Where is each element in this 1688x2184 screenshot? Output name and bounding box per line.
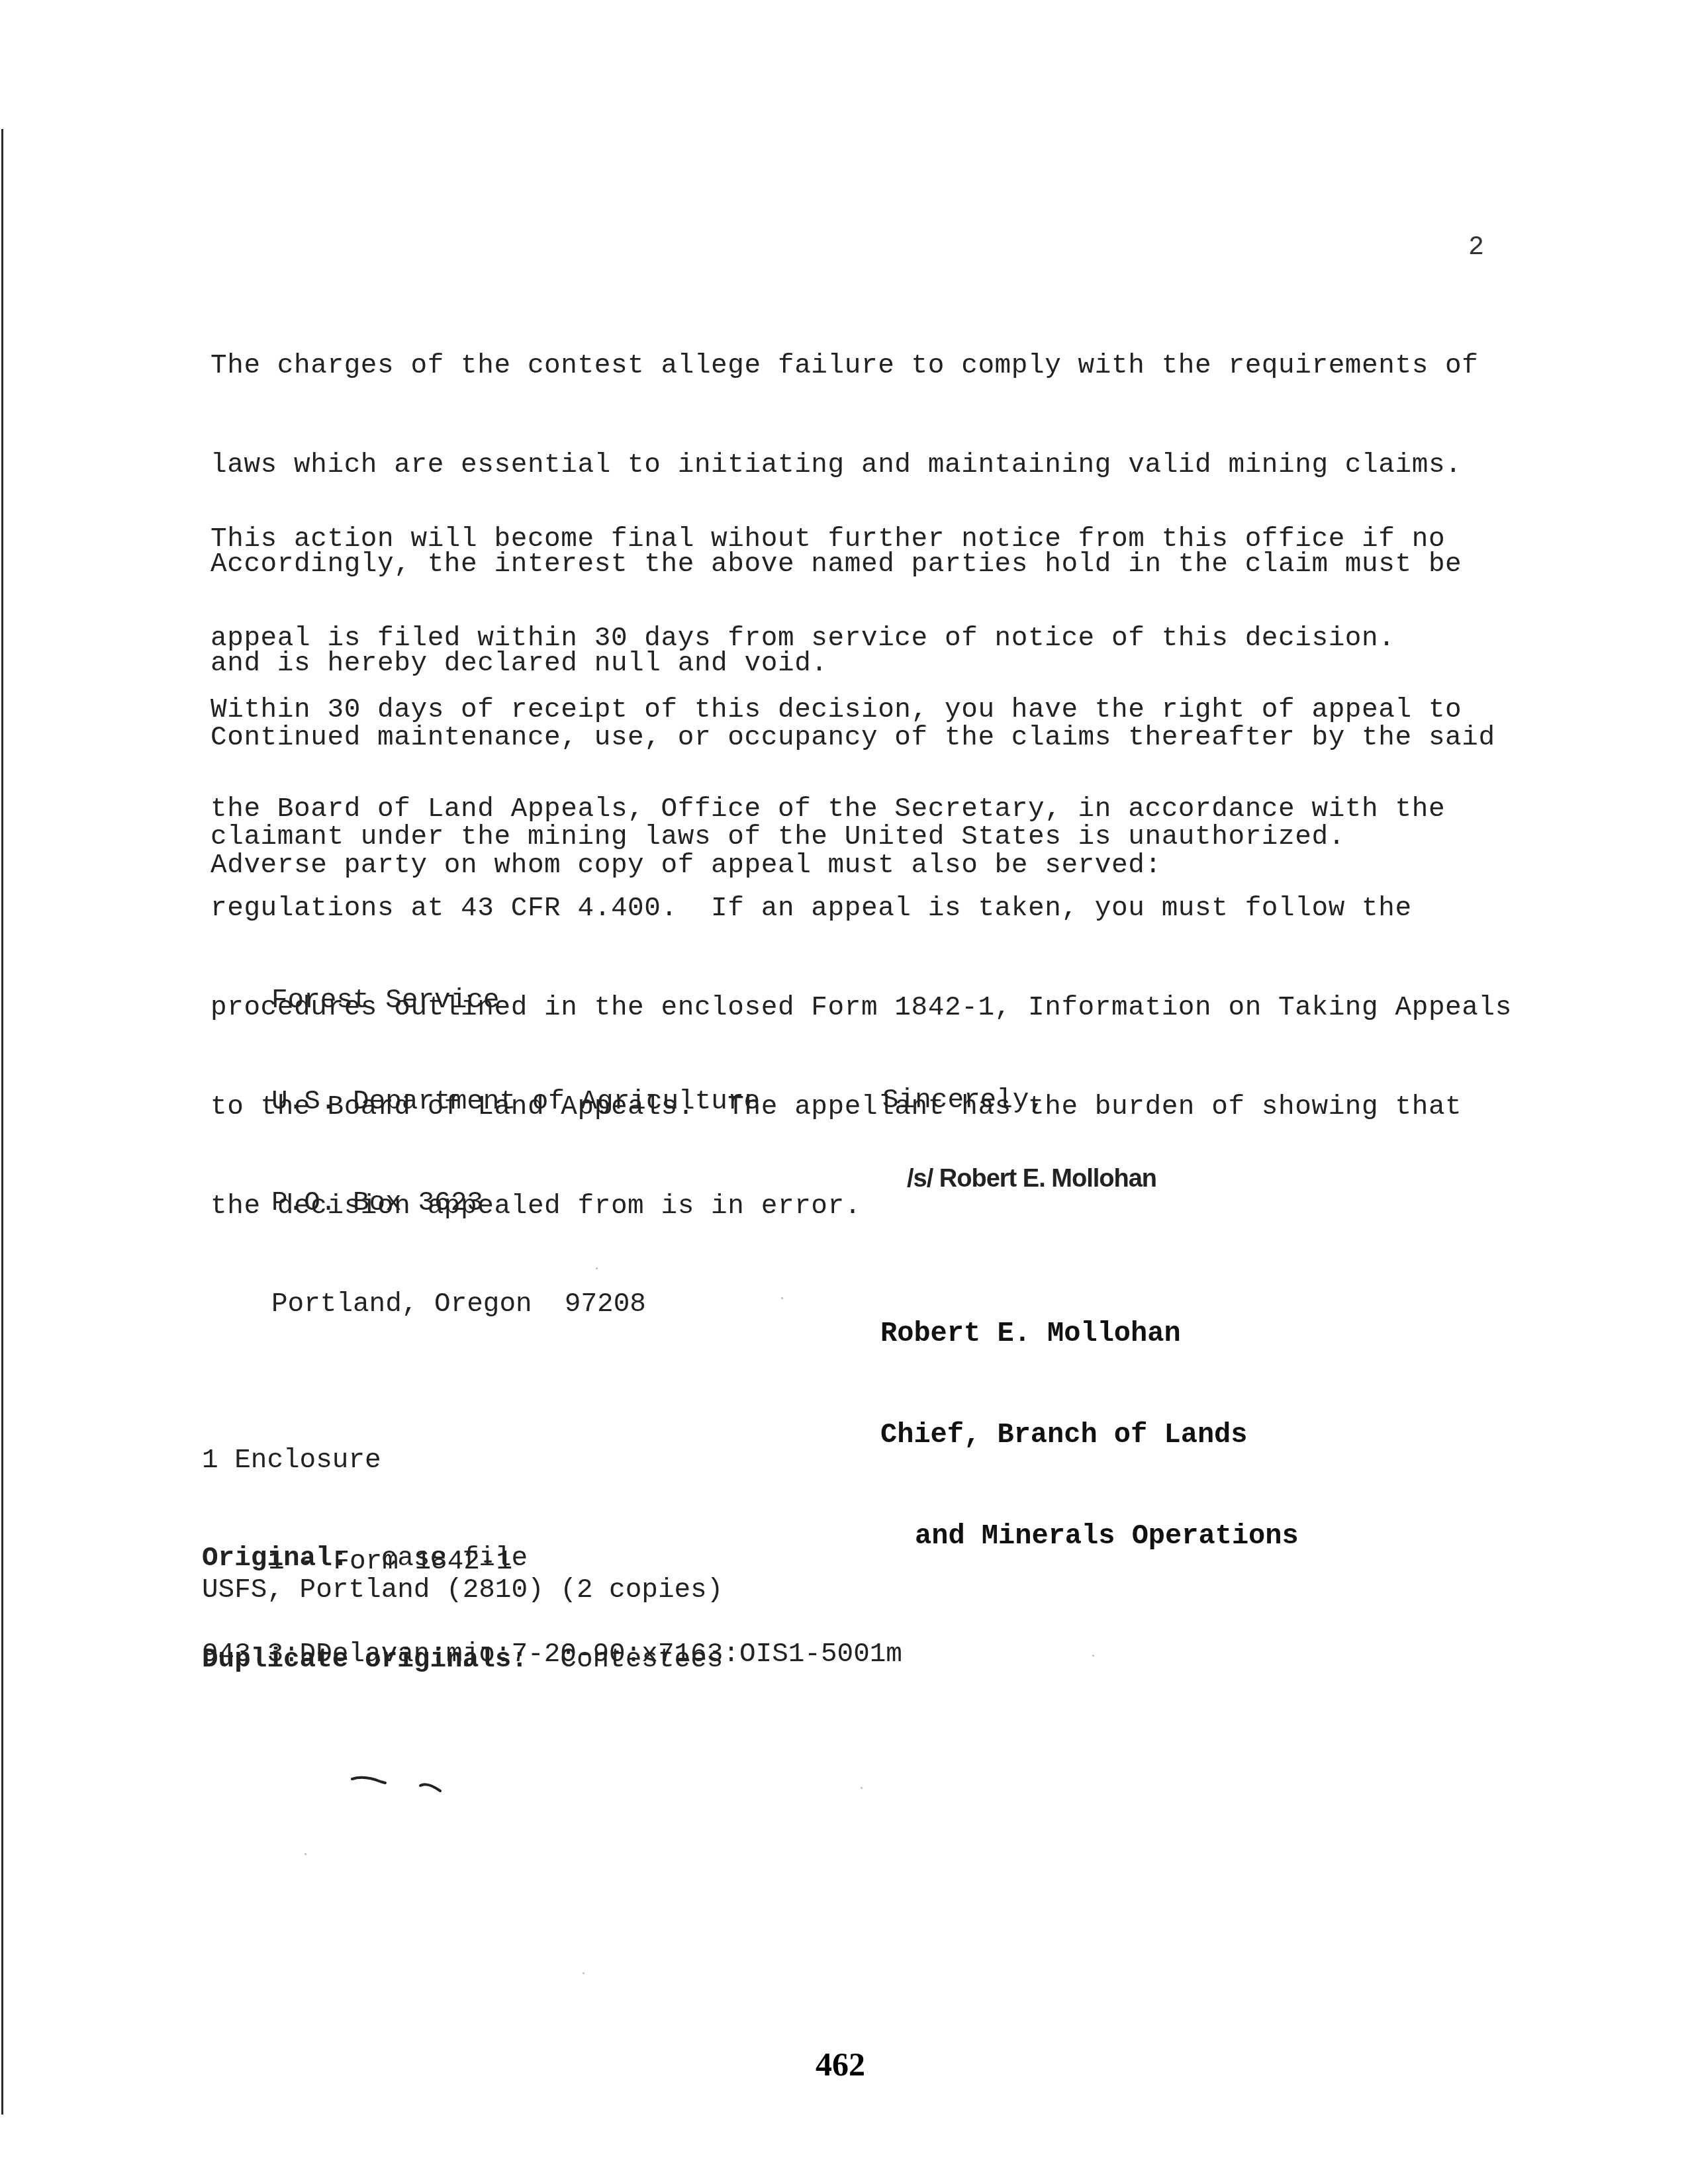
address-line: Portland, Oregon 97208 xyxy=(271,1288,760,1322)
scan-speckle xyxy=(596,1267,598,1269)
signature-stamp: /s/ Robert E. Mollohan xyxy=(907,1165,1156,1193)
signer-title: Chief, Branch of Lands xyxy=(880,1418,1299,1452)
paragraph-line: the Board of Land Appeals, Office of the… xyxy=(211,793,1534,826)
carbon-copy-line: USFS, Portland (2810) (2 copies) xyxy=(202,1574,723,1608)
address-line: U.S. Department of Agriculture xyxy=(271,1085,760,1119)
scan-artifact-mark xyxy=(351,1774,457,1794)
address-line: P.O. Box 3623 xyxy=(271,1187,760,1220)
signer-name: Robert E. Mollohan xyxy=(880,1317,1299,1351)
address-line: Forest Service xyxy=(271,984,760,1018)
letter-page-marker: 2 xyxy=(1468,233,1484,263)
adverse-party-address: Forest Service U.S. Department of Agricu… xyxy=(271,917,760,1355)
scan-speckle xyxy=(861,1787,863,1789)
original-row: Original: case file xyxy=(202,1542,723,1576)
scan-speckle xyxy=(781,1297,783,1299)
scan-speckle xyxy=(1092,1655,1094,1657)
adverse-party-intro: Adverse party on whom copy of appeal mus… xyxy=(211,849,1534,882)
scan-speckle xyxy=(583,1972,585,1974)
original-value: case file xyxy=(381,1543,528,1574)
scan-speckle xyxy=(305,1853,306,1855)
paragraph-line: Within 30 days of receipt of this decisi… xyxy=(211,694,1534,727)
scan-margin-edge xyxy=(1,129,3,2115)
original-label: Original: xyxy=(202,1543,348,1574)
closing-salutation: Sincerely, xyxy=(882,1085,1045,1116)
paragraph-line: The charges of the contest allege failur… xyxy=(211,349,1534,383)
enclosure-heading: 1 Enclosure xyxy=(202,1444,512,1478)
page-number: 462 xyxy=(816,2045,865,2083)
signer-block: Robert E. Mollohan Chief, Branch of Land… xyxy=(880,1250,1299,1587)
paragraph-line: This action will become final wihout fur… xyxy=(211,523,1534,556)
reference-code: 943.3:DDelavan:mjo:7-20-90:x7163:OIS1-50… xyxy=(202,1638,902,1672)
signer-title-continued: and Minerals Operations xyxy=(880,1520,1299,1553)
